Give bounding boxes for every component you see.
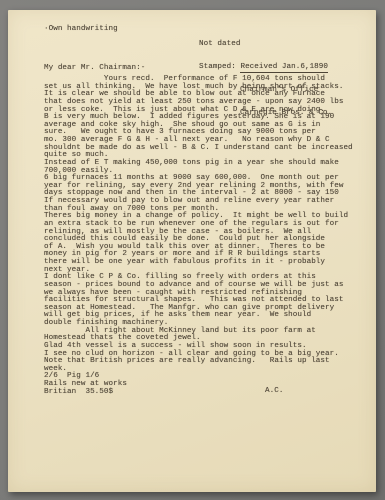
typed-line: there will be one year with fabulous pro… xyxy=(44,259,364,267)
salutation: My dear Mr. Chairman:- xyxy=(44,65,145,73)
stamped-line: Stamped: Received Jan.6,1890 xyxy=(199,64,332,72)
letter-paper: ·Own handwriting Not dated Stamped: Rece… xyxy=(8,10,376,492)
typed-line: Britian 35.50$ xyxy=(44,389,364,397)
received-date-underlined: Received Jan.6,1890 xyxy=(240,63,328,73)
signature-initials: A.C. xyxy=(265,388,283,396)
not-dated-line: Not dated xyxy=(199,41,332,49)
annotation-own-handwriting: ·Own handwriting xyxy=(44,26,118,34)
letter-body: Yours recd. Performance of F 10,604 tons… xyxy=(44,76,364,396)
typed-line: Note that British prices are really adva… xyxy=(44,358,364,366)
stamped-label: Stamped: xyxy=(199,63,240,71)
scanned-letter: ·Own handwriting Not dated Stamped: Rece… xyxy=(0,0,385,500)
